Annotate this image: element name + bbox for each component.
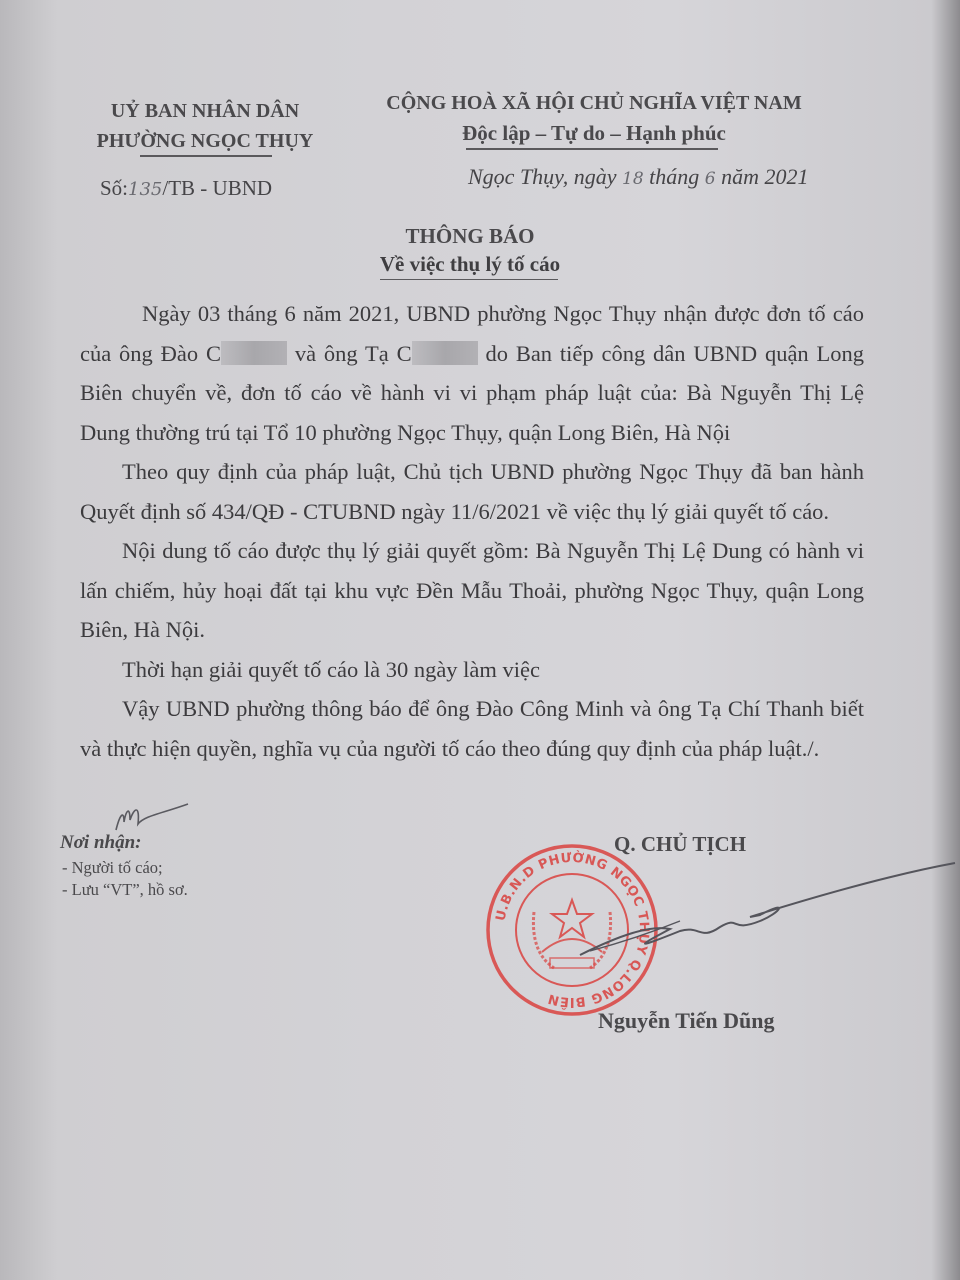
redacted-name-1 xyxy=(221,341,287,365)
motto-underline xyxy=(466,148,718,150)
document-title: THÔNG BÁO xyxy=(300,224,640,249)
issuing-authority: UỶ BAN NHÂN DÂN PHƯỜNG NGỌC THỤY xyxy=(95,96,315,156)
motto: Độc lập – Tự do – Hạnh phúc xyxy=(368,118,820,148)
document-subtitle: Về việc thụ lý tố cáo xyxy=(300,252,640,277)
document-body: Ngày 03 tháng 6 năm 2021, UBND phường Ng… xyxy=(80,294,864,768)
handwritten-number: 135 xyxy=(128,179,162,200)
recipient-item: - Người tố cáo; xyxy=(62,858,163,878)
authority-underline xyxy=(140,155,272,157)
national-header: CỘNG HOÀ XÃ HỘI CHỦ NGHĨA VIỆT NAM Độc l… xyxy=(368,88,820,148)
recipients-label: Nơi nhận: xyxy=(60,832,141,854)
handwritten-month: 6 xyxy=(705,169,716,189)
authority-line-2: PHƯỜNG NGỌC THỤY xyxy=(95,126,315,156)
document-page: UỶ BAN NHÂN DÂN PHƯỜNG NGỌC THỤY Số:135/… xyxy=(0,0,960,1280)
paragraph-2: Theo quy định của pháp luật, Chủ tịch UB… xyxy=(80,452,864,531)
recipient-item: - Lưu “VT”, hồ sơ. xyxy=(62,880,188,900)
paragraph-5: Vậy UBND phường thông báo để ông Đào Côn… xyxy=(80,689,864,768)
authority-line-1: UỶ BAN NHÂN DÂN xyxy=(95,96,315,126)
place-date: Ngọc Thụy, ngày 18 tháng 6 năm 2021 xyxy=(468,164,808,190)
redacted-name-2 xyxy=(412,341,478,365)
handwritten-day: 18 xyxy=(622,169,644,189)
signatory-name: Nguyễn Tiến Dũng xyxy=(598,1008,774,1034)
paragraph-4: Thời hạn giải quyết tố cáo là 30 ngày là… xyxy=(80,650,864,690)
document-number: Số:135/TB - UBND xyxy=(100,176,272,201)
subtitle-underline xyxy=(380,279,558,280)
nation-line: CỘNG HOÀ XÃ HỘI CHỦ NGHĨA VIỆT NAM xyxy=(368,88,820,118)
paragraph-1: Ngày 03 tháng 6 năm 2021, UBND phường Ng… xyxy=(80,294,864,452)
signature-scribble xyxy=(560,855,960,965)
paragraph-3: Nội dung tố cáo được thụ lý giải quyết g… xyxy=(80,531,864,650)
